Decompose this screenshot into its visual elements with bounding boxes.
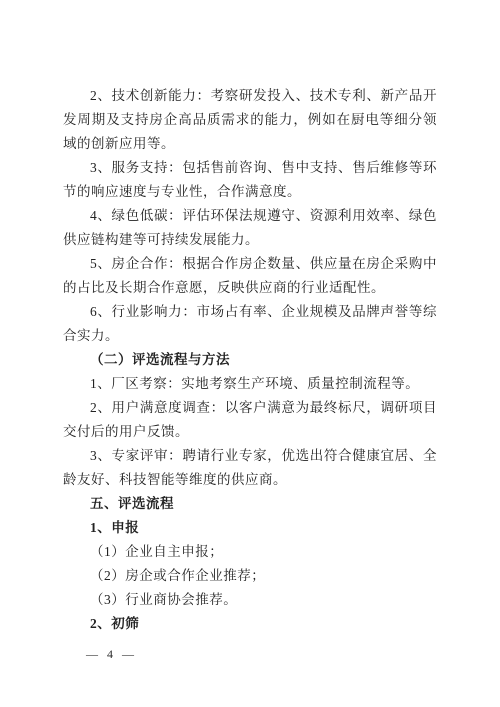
heading-step-1-application: 1、申报 <box>63 516 437 540</box>
list-item-1-self-application: （1）企业自主申报； <box>63 540 437 564</box>
para-criterion-5-developer-cooperation: 5、房企合作：根据合作房企数量、供应量在房企采购中的占比及长期合作意愿，反映供应… <box>63 252 437 300</box>
heading-chapter-5-selection-process: 五、评选流程 <box>63 492 437 516</box>
para-criterion-4-green-lowcarbon: 4、绿色低碳：评估环保法规遵守、资源利用效率、绿色供应链构建等可持续发展能力。 <box>63 204 437 252</box>
para-criterion-6-industry-influence: 6、行业影响力：市场占有率、企业规模及品牌声誉等综合实力。 <box>63 300 437 348</box>
page-number: — 4 — <box>86 646 137 662</box>
para-method-1-factory-inspection: 1、厂区考察：实地考察生产环境、质量控制流程等。 <box>63 372 437 396</box>
list-item-2-developer-recommendation: （2）房企或合作企业推荐； <box>63 564 437 588</box>
para-criterion-3-service-support: 3、服务支持：包括售前咨询、售中支持、售后维修等环节的响应速度与专业性，合作满意… <box>63 156 437 204</box>
para-method-2-user-satisfaction: 2、用户满意度调查：以客户满意为最终标尺，调研项目交付后的用户反馈。 <box>63 396 437 444</box>
heading-section-2-process-method: （二）评选流程与方法 <box>63 348 437 372</box>
list-item-3-association-recommendation: （3）行业商协会推荐。 <box>63 588 437 612</box>
document-page: 2、技术创新能力：考察研发投入、技术专利、新产品开发周期及支持房企高品质需求的能… <box>0 0 500 707</box>
para-method-3-expert-review: 3、专家评审：聘请行业专家，优选出符合健康宜居、全龄友好、科技智能等维度的供应商… <box>63 444 437 492</box>
heading-step-2-initial-screening: 2、初筛 <box>63 612 437 636</box>
document-body: 2、技术创新能力：考察研发投入、技术专利、新产品开发周期及支持房企高品质需求的能… <box>63 84 437 636</box>
para-criterion-2-tech-innovation: 2、技术创新能力：考察研发投入、技术专利、新产品开发周期及支持房企高品质需求的能… <box>63 84 437 156</box>
